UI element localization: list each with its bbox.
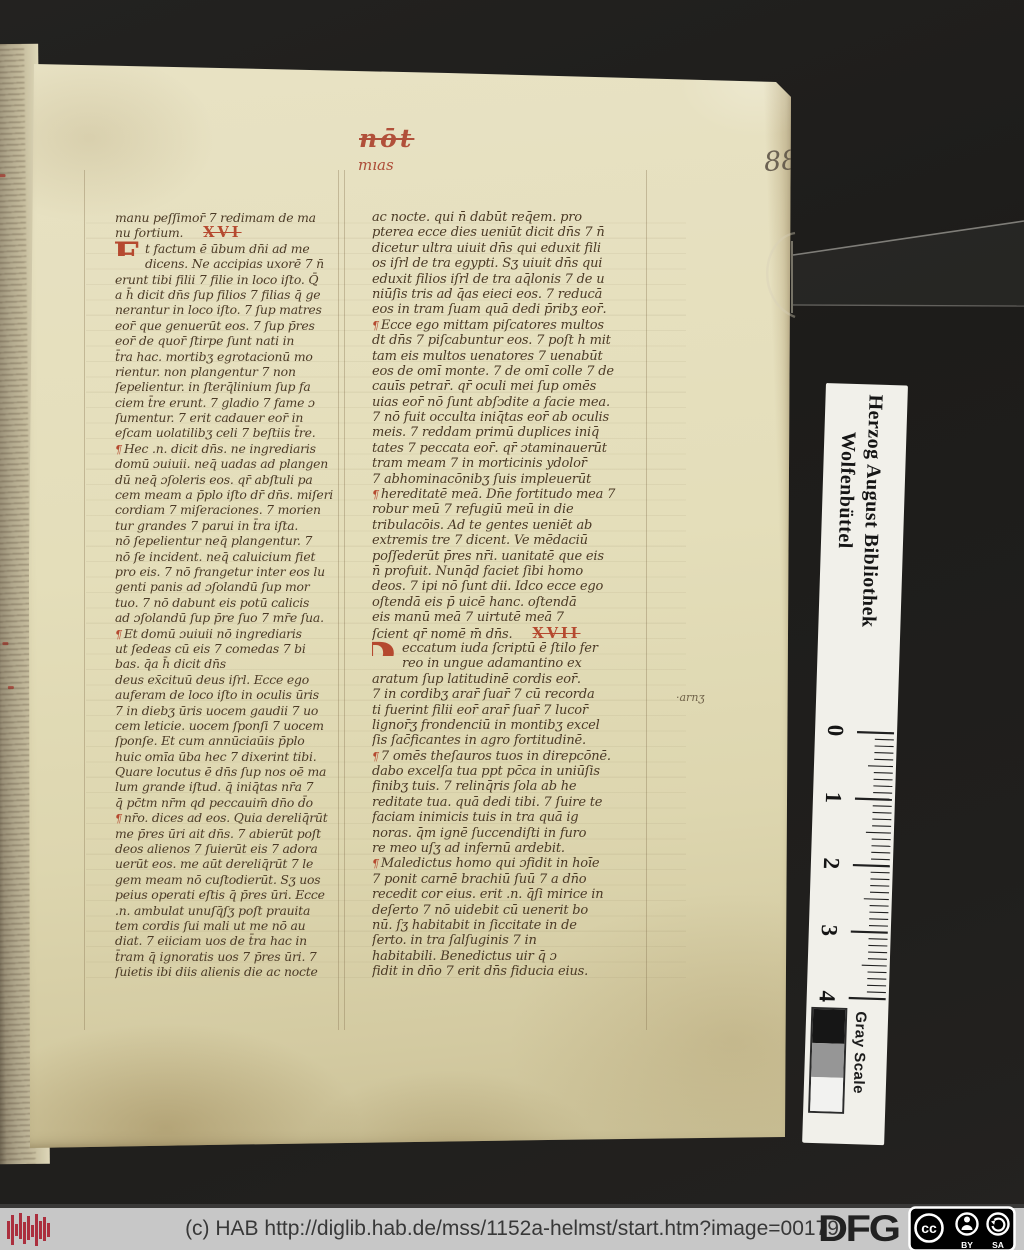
manuscript-text-line: ad ɔſolandū ſup p̄re ſuo 7 mr̄e ſua. [115, 610, 367, 625]
manuscript-text-line: reo in ungue adamantino ex [372, 656, 672, 671]
manuscript-text-line: 7 ponit carnē brachiū ſuū 7 a dn̄o [372, 872, 672, 887]
manuscript-text-line: huic omīa ūba hec 7 dixerint tibi. [115, 749, 367, 764]
manuscript-text-line: nō ſepelientur neq̄ plangentur. 7 [115, 533, 367, 548]
manuscript-text-line: deos alienos 7 ſuierūt eis 7 adora [115, 841, 367, 856]
manuscript-text-line: dicens. Ne accipias uxorē 7 n̄ [115, 256, 367, 271]
manuscript-text-line: reditate tua. quā dedi tibi. 7 ſuire te [372, 795, 672, 810]
manuscript-text-line: re meo uſʒ ad infernū ardebit. [372, 841, 672, 856]
ruler-number: 3 [815, 917, 842, 942]
manuscript-text-line: pro eis. 7 nō frangetur inter eos lu [115, 564, 367, 579]
marginal-note: ·arnʒ [676, 691, 705, 704]
manuscript-text-line: tem cordis ſui mali ut me nō au [115, 918, 367, 933]
manuscript-text-line: ¶hereditatē meā. Dn̄e fortitudo mea 7 [372, 487, 672, 502]
manuscript-text-line: cauīs petrar̄. qr̄ oculi mei ſup omēs [372, 379, 672, 394]
manuscript-text-line: dabo excelſa tua ppt̄ pc̄ca in uniūſis [372, 764, 672, 779]
manuscript-text-line: .n. ambulat unuſq̄ſʒ poſt prauita [115, 903, 367, 918]
manuscript-text-line: n̄ profuit. Nunq̄d faciet ſibi homo [372, 564, 672, 579]
red-paragraph-mark: ¶ [115, 812, 122, 825]
manuscript-text-line: dū neq̄ ɔſoleris eos. qr̄ abſtuli pa [115, 472, 367, 487]
manuscript-text-line: Quare locutus ē dn̄s ſup nos oē ma [115, 764, 367, 779]
manuscript-text-line: ¶7 omēs theſauros tuos in direpcōnē. [372, 749, 672, 764]
manuscript-text-line: eſcam uolatilibʒ celi 7 beſtiis t̄re. [115, 425, 367, 440]
manuscript-text-line: tuo. 7 nō dabunt eis potū calicis [115, 595, 367, 610]
manuscript-text-line: me p̄res ūri ait dn̄s. 7 abierūt poſt [115, 826, 367, 841]
manuscript-text-line: 7 in cordibʒ arar̄ ſuar̄ 7 cū recorda [372, 687, 672, 702]
chapter-rubric: XVII [526, 626, 586, 641]
manuscript-text-line: manu peſſimor̄ 7 redimam de ma [115, 210, 367, 225]
red-paragraph-mark: ¶ [372, 319, 379, 332]
manuscript-text-line: eor̄ de quor̄ ſtirpe ſunt nati in [115, 333, 367, 348]
manuscript-text-line: tam eis multos uenatores 7 uenabūt [372, 349, 672, 364]
manuscript-text-line: auferam de loco iſto in oculis ūris [115, 687, 367, 702]
manuscript-text-line: ſumentur. 7 erit cadauer eor̄ in [115, 410, 367, 425]
copyright-caption: (c) HAB http://diglib.hab.de/mss/1152a-h… [185, 1208, 839, 1250]
manuscript-text-line: rientur. non plangentur 7 non [115, 364, 367, 379]
manuscript-text-line: nū. ſʒ habitabit in ſiccitate in de [372, 918, 672, 933]
manuscript-text-line: nō ſe incident. neq̄ caluicium fiet [115, 549, 367, 564]
gray-scale-white [810, 1077, 843, 1112]
ruler-card: Herzog August Bibliothek Wolfenbüttel 01… [802, 383, 908, 1145]
manuscript-text-line: noras. q̄m ignē ſuccendiſti in furo [372, 826, 672, 841]
manuscript-text-line: poſſederūt p̄res nr̄i. uanitatē que eis [372, 549, 672, 564]
manuscript-text-line: t̄ram q̄ ignoratis uos 7 p̄res ūri. 7 [115, 949, 367, 964]
running-title-sub: mıas [358, 156, 394, 174]
red-initial: P [372, 641, 395, 656]
manuscript-text-line: lignor̄ʒ frondenciū in montibʒ excel [372, 718, 672, 733]
manuscript-text-line: 7 abhominacōnibʒ ſuis impleuerūt [372, 472, 672, 487]
manuscript-text-line: cem meam a p̄plo iſto dr̄ dn̄s. miſeri [115, 487, 367, 502]
dfg-logo: DFG [818, 1209, 899, 1249]
manuscript-text-line: deſerto 7 nō uidebit cū uenerit bo [372, 903, 672, 918]
manuscript-text-line: bas. q̄a h̄ dicit dn̄s [115, 656, 367, 671]
manuscript-text-line: uias eor̄ nō ſunt abſɔdite a facie mea. [372, 395, 672, 410]
ruler-number: 4 [813, 984, 840, 1009]
gray-scale-gray [811, 1043, 844, 1078]
manuscript-text-line: ciem t̄re erunt. 7 gladio 7 fame ɔ [115, 395, 367, 410]
ruler-number: 2 [818, 851, 845, 876]
manuscript-text-line: extremis t̄re 7 dicent. Ve mēdaciū [372, 533, 672, 548]
ruler-number: 0 [822, 718, 849, 743]
text-column-left: manu peſſimor̄ 7 redimam de manu fortium… [115, 210, 367, 980]
manuscript-text-line: ut ſedeas cū eis 7 comedas 7 bi [115, 641, 367, 656]
manuscript-text-line: fidit in dn̄o 7 erit dn̄s fiducia eius. [372, 964, 672, 979]
cc-by-sa-badge: cc BY SA [908, 1206, 1016, 1250]
manuscript-text-line: habitabili. Benedictus uir q̄ ɔ [372, 949, 672, 964]
red-paragraph-mark: ¶ [372, 750, 379, 763]
ruler-number: 1 [820, 785, 847, 810]
manuscript-text-line: t̄ram meam 7 in morticinis ydolor̄ [372, 456, 672, 471]
manuscript-text-line: finibʒ tuis. 7 relinq̄ris ſola ab h̄e [372, 779, 672, 794]
red-initial: E [115, 241, 140, 256]
manuscript-text-line: deos. 7 ipi nō ſunt dii. Idco ecce ego [372, 579, 672, 594]
manuscript-text-line: ¶Maledictus homo qui ɔfidit in hoīe [372, 856, 672, 871]
manuscript-text-line: cordiam 7 miſeraciones. 7 morien [115, 502, 367, 517]
folio-number: 88 [763, 145, 799, 178]
manuscript-text-line: domū ɔuiuii. neq̄ uadas ad plangen [115, 456, 367, 471]
manuscript-text-line: ſerto. in t̄ra ſalſuginis 7 in [372, 933, 672, 948]
manuscript-text-line: tates 7 peccata eor̄. qr̄ ɔtaminauerūt [372, 441, 672, 456]
red-paragraph-mark: ¶ [372, 488, 379, 501]
manuscript-text-line: eos de omī monte. 7 de omī colle 7 de [372, 364, 672, 379]
manuscript-text-line: ſcient qr̄ nomē m̄ dn̄s.XVII [372, 626, 672, 641]
manuscript-text-line: faciam inimicis tuis in t̄ra quā ig [372, 810, 672, 825]
manuscript-text-line: erunt tibi filii 7 filie in loco iſto. Q… [115, 272, 367, 287]
manuscript-text-line: ſepelientur. in ſterq̄linium ſup fa [115, 379, 367, 394]
manuscript-text-line: aratum ſup latitudinē cordis eor̄. [372, 672, 672, 687]
manuscript-text-line: genti panis ad ɔſolandū ſup mor [115, 579, 367, 594]
manuscript-text-line: Peccatum iuda ſcriptū ē ſtilo fer [372, 641, 672, 656]
manuscript-text-line: ſis ſac̄ficantes in agro fortitudinē. [372, 733, 672, 748]
manuscript-text-line: recedit cor eius. erit .n. q̄ſi mirice i… [372, 887, 672, 902]
manuscript-text-line: ¶Hec .n. dicit dn̄s. ne ingrediaris [115, 441, 367, 456]
manuscript-text-line: gem meam nō cuſtodierūt. Sʒ uos [115, 872, 367, 887]
manuscript-photo-stage: nōt mıas 88 ·arnʒ manu peſſimor̄ 7 redim… [0, 0, 1024, 1250]
manuscript-text-line: 7 nō fuit occulta iniq̄tas eor̄ ab oculi… [372, 410, 672, 425]
manuscript-text-line: t̄ra hac. mortibʒ egrotacionū mo [115, 349, 367, 364]
red-paragraph-mark: ¶ [115, 628, 122, 641]
manuscript-text-line: nu fortium.XVI [115, 225, 367, 240]
manuscript-text-line: ſponſe. Et cum annūciaūis p̄plo [115, 733, 367, 748]
manuscript-text-line: 7 in diebʒ ūris uocem gaudii 7 uo [115, 703, 367, 718]
manuscript-text-line: ſuietis ibi diis alienis die ac nocte [115, 964, 367, 979]
manuscript-text-line: ti fuerint filii eor̄ arar̄ ſuar̄ 7 luco… [372, 703, 672, 718]
manuscript-text-line: tur grandes 7 parui in t̄ra iſta. [115, 518, 367, 533]
manuscript-text-line: ¶Et domū ɔuiuii nō ingrediaris [115, 626, 367, 641]
gray-scale-label: Gray Scale [850, 1011, 870, 1094]
plastic-page-holder [755, 205, 1024, 350]
running-title-red: nōt [359, 124, 414, 153]
manuscript-text-line: eis manū meā 7 uirtutē meā 7 [372, 610, 672, 625]
svg-text:cc: cc [921, 1220, 937, 1236]
manuscript-text-line: dt̄ dn̄s 7 piſcabuntur eos. 7 poſt h̄ mi… [372, 333, 672, 348]
manuscript-text-line: robur meū 7 refugiū meū in die [372, 502, 672, 517]
manuscript-text-line: eos in t̄ram ſuam quā dedi p̄ribʒ eor̄. [372, 302, 672, 317]
manuscript-text-line: ac nocte. qui n̄ dabūt req̄em. pro [372, 210, 672, 225]
fore-edge-rubric-speck [0, 174, 6, 177]
manuscript-text-line: deus ex̄cituū deus iſrl. Ecce ego [115, 672, 367, 687]
manuscript-text-line: pterea ecce dies ueniūt dicit dn̄s 7 n̄ [372, 225, 672, 240]
svg-text:BY: BY [961, 1240, 973, 1250]
column-rule [84, 170, 85, 1030]
manuscript-text-line: a h̄ dicit dn̄s ſup filios 7 filias q̄ g… [115, 287, 367, 302]
text-column-right: ac nocte. qui n̄ dabūt req̄em. propterea… [372, 210, 672, 980]
manuscript-text-line: eor̄ que genuerūt eos. 7 ſup p̄res [115, 318, 367, 333]
manuscript-page: nōt mıas 88 ·arnʒ manu peſſimor̄ 7 redim… [28, 50, 794, 1150]
manuscript-text-line: tribulacōis. Ad te gentes ueniēt ab [372, 518, 672, 533]
manuscript-text-line: nerantur in loco iſto. 7 ſup matres [115, 302, 367, 317]
manuscript-text-line: meis. 7 reddam primū duplices iniq̄ [372, 425, 672, 440]
svg-text:SA: SA [992, 1240, 1004, 1250]
manuscript-text-line: peius operati eſtis q̄ p̄res ūri. Ecce [115, 887, 367, 902]
manuscript-text-line: os iſrl de t̄ra egypti. Sʒ uiuit dn̄s qu… [372, 256, 672, 271]
manuscript-text-line: q̄ pc̄tm nr̄m qd peccauim̄ dn̄o d̄o [115, 795, 367, 810]
hab-logo [6, 1212, 54, 1248]
red-paragraph-mark: ¶ [372, 857, 379, 870]
manuscript-text-line: uerūt eos. me aūt dereliq̄rūt 7 le [115, 856, 367, 871]
gray-scale-swatches [808, 1007, 847, 1114]
manuscript-text-line: dicetur ultra uiuit dn̄s qui eduxit fili [372, 241, 672, 256]
manuscript-text-line: Et factum ē ūbum dn̄i ad me [115, 241, 367, 256]
manuscript-text-line: eduxit filios iſrl de t̄ra aq̄lonis 7 de… [372, 272, 672, 287]
manuscript-text-line: lum grande iſtud. q̄ iniq̄tas nr̄a 7 [115, 779, 367, 794]
red-paragraph-mark: ¶ [115, 443, 122, 456]
gray-scale-black [812, 1009, 845, 1044]
fore-edge-rubric-speck [8, 686, 14, 689]
manuscript-text-line: ¶nr̄o. dices ad eos. Quia dereliq̄rūt [115, 810, 367, 825]
manuscript-text-line: cem leticie. uocem ſponſi 7 uocem [115, 718, 367, 733]
manuscript-text-line: ¶Ecce ego mittam piſcatores multos [372, 318, 672, 333]
manuscript-text-line: niūſis t̄ris ad q̄as eieci eos. 7 reducā [372, 287, 672, 302]
manuscript-text-line: oſtendā eis p̄ uicē hanc. oſtendā [372, 595, 672, 610]
chapter-rubric: XVI [197, 225, 247, 240]
fore-edge-rubric-speck [2, 642, 8, 645]
manuscript-text-line: diat. 7 eiiciam uos de t̄ra hac in [115, 933, 367, 948]
